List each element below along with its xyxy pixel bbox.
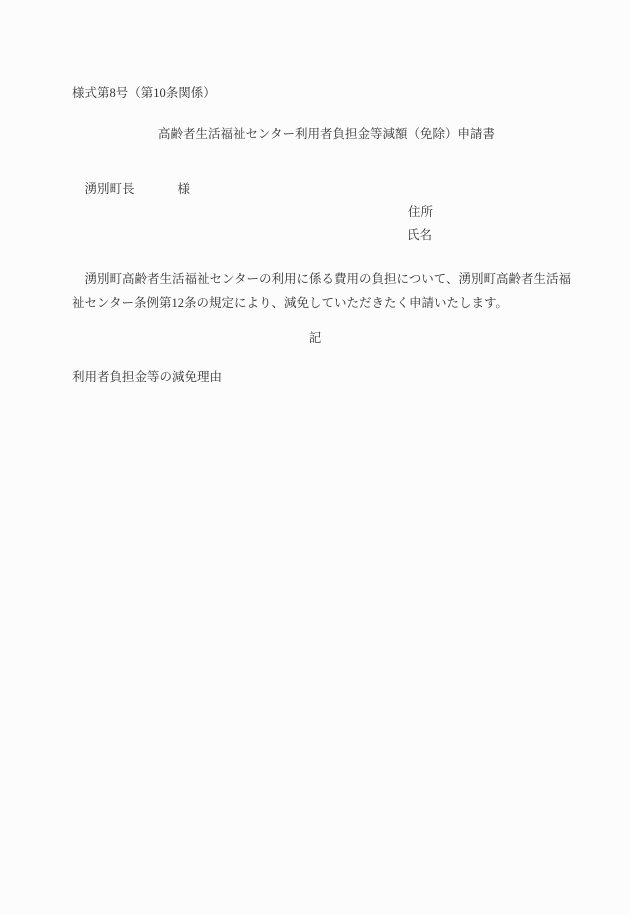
recipient-honorific: 様 (178, 182, 191, 196)
recipient-line: 湧別町長様 (72, 168, 190, 210)
address-label: 住所 (408, 205, 433, 219)
reason-label: 利用者負担金等の減免理由 (72, 370, 222, 384)
recipient-name: 湧別町長 (85, 182, 135, 196)
body-paragraph: 湧別町高齢者生活福祉センターの利用に係る費用の負担について、湧別町高齢者生活福 … (72, 268, 577, 315)
document-page: 様式第8号（第10条関係） 高齢者生活福祉センター利用者負担金等減額（免除）申請… (0, 0, 630, 915)
body-paragraph-line-1: 湧別町高齢者生活福祉センターの利用に係る費用の負担について、湧別町高齢者生活福 (72, 268, 577, 292)
body-paragraph-line-2: 祉センター条例第12条の規定により、減免していただきたく申請いたします。 (72, 292, 577, 316)
form-number: 様式第8号（第10条関係） (72, 86, 216, 100)
name-label: 氏名 (407, 228, 432, 242)
record-marker: 記 (0, 331, 630, 345)
document-title: 高齢者生活福祉センター利用者負担金等減額（免除）申請書 (158, 127, 495, 141)
